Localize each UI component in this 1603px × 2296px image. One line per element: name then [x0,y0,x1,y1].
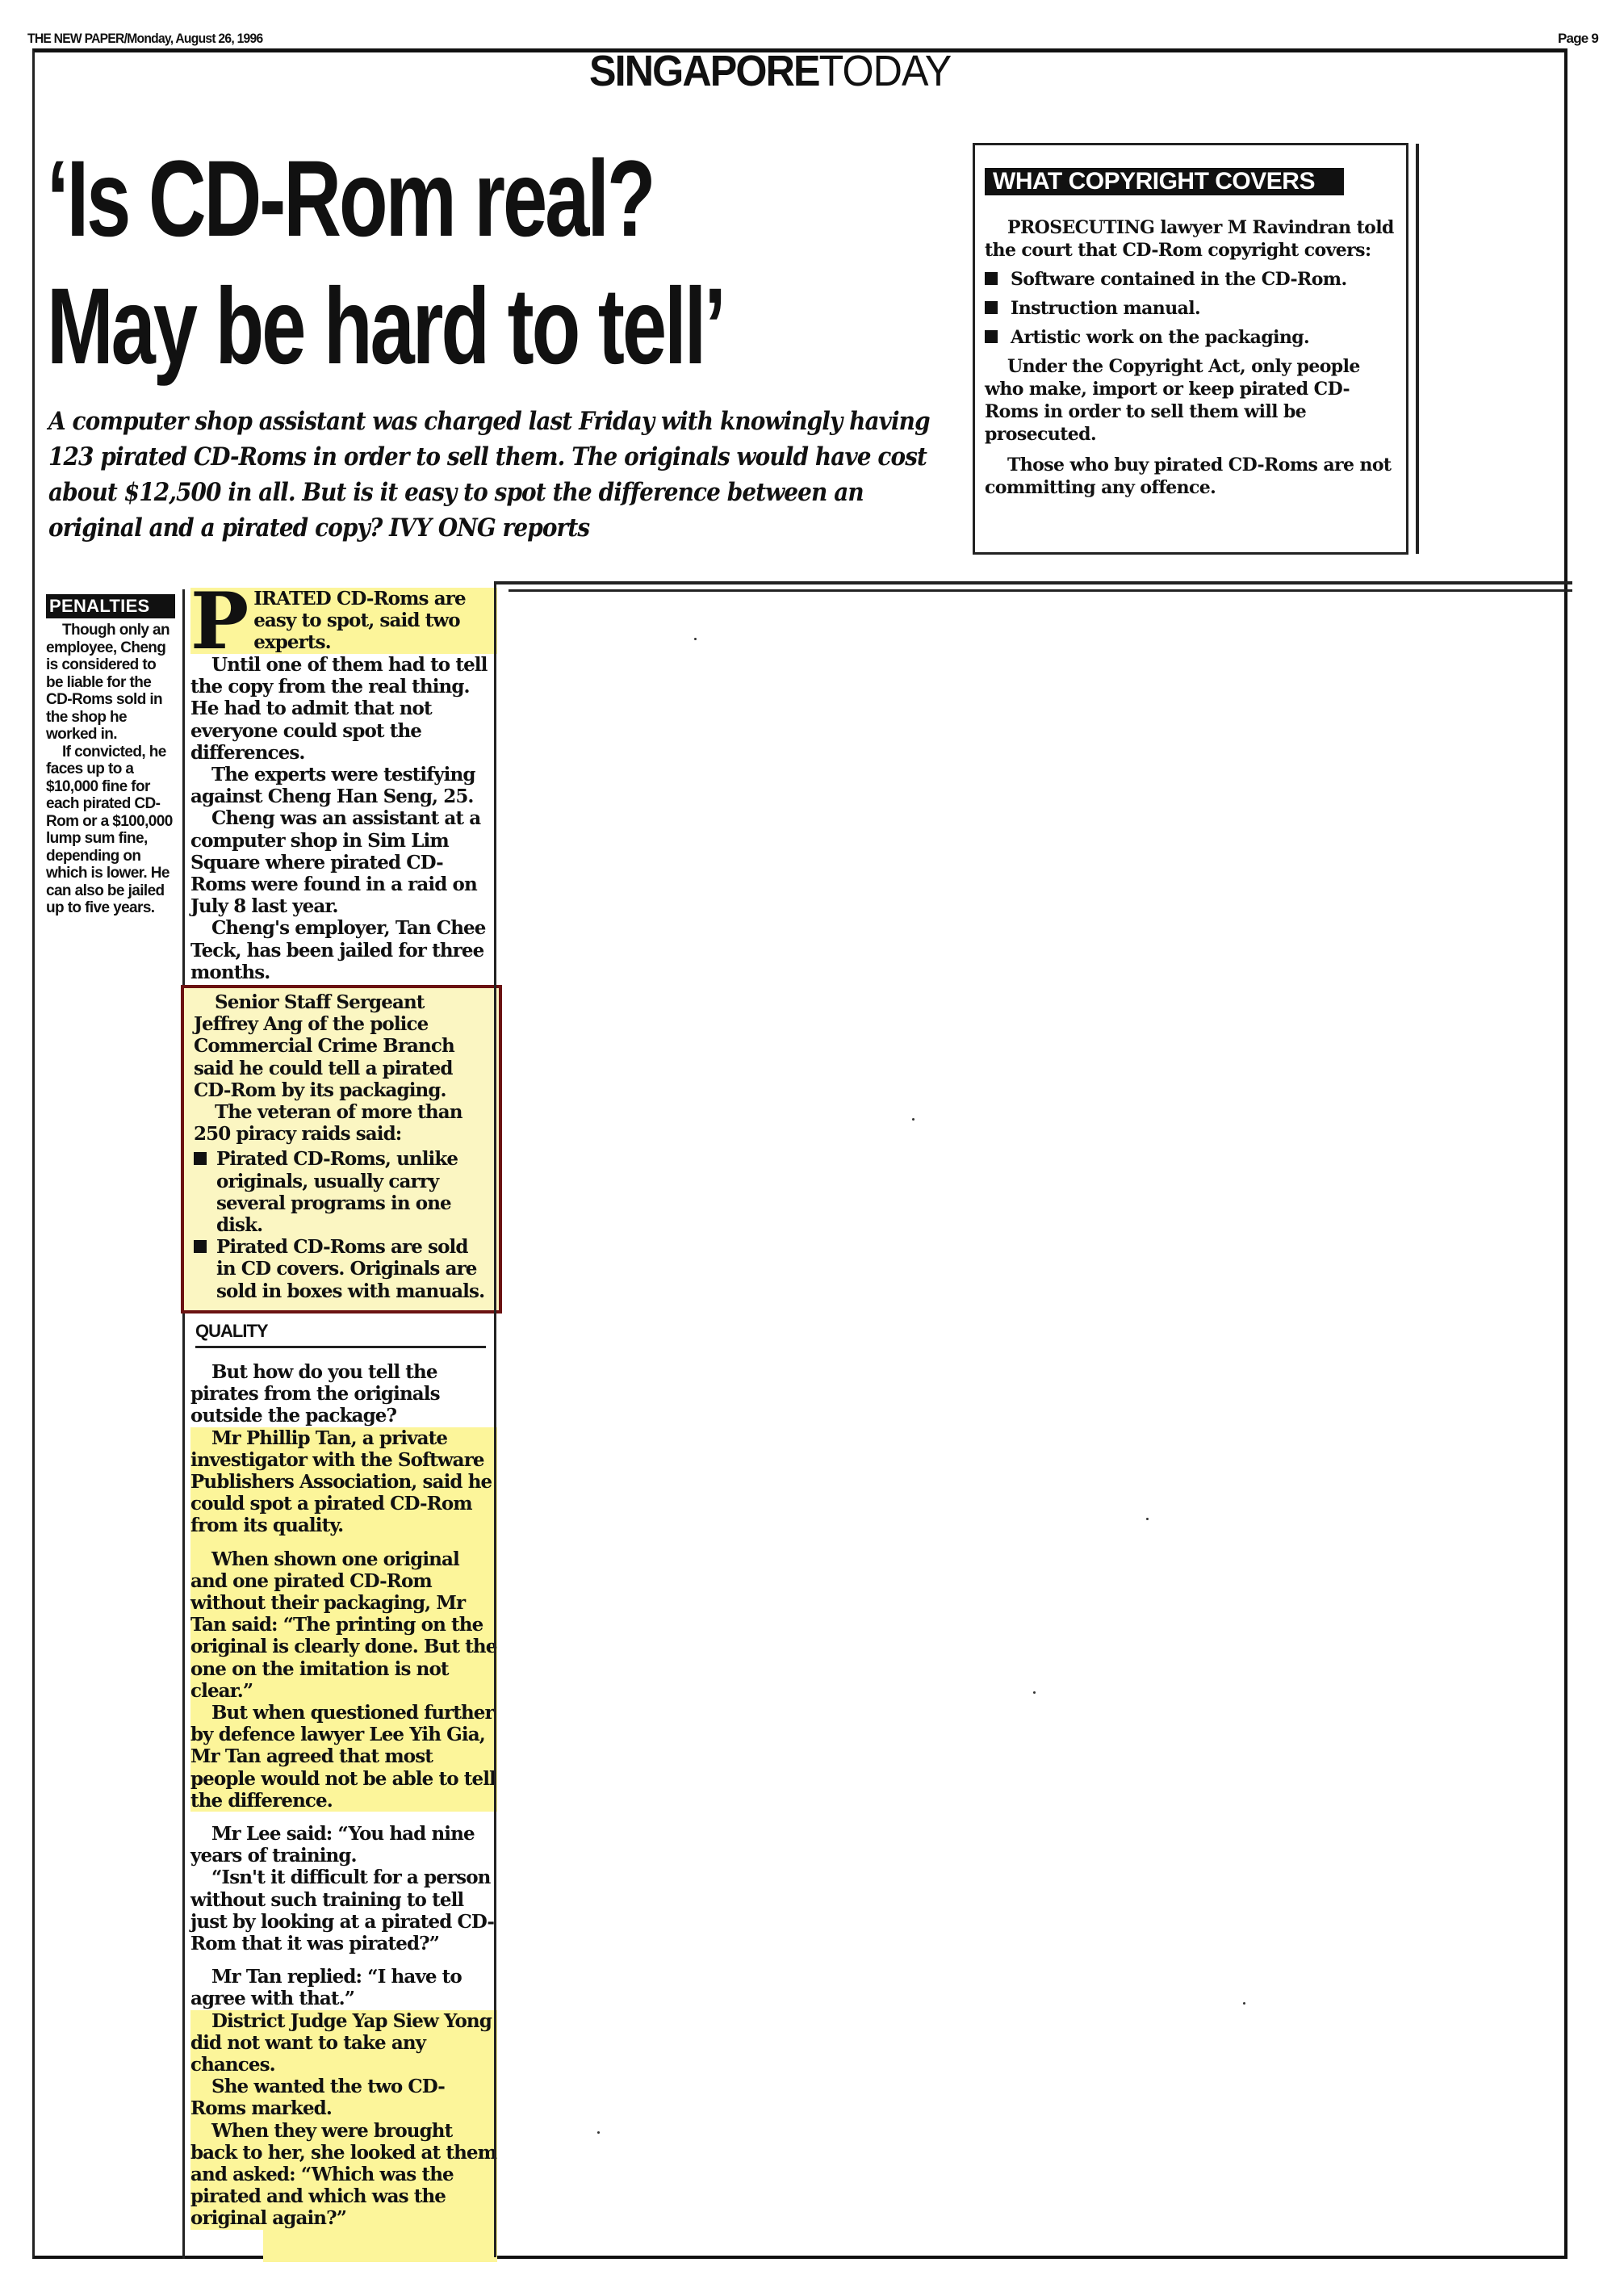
scan-speck [912,1118,915,1121]
section-title-bold: SINGAPORE [589,47,819,95]
scan-speck [694,638,697,640]
article-paragraph: The experts were testifying against Chen… [190,764,497,807]
copyright-bullet: Instruction manual. [985,297,1396,320]
copyright-box-label: WHAT COPYRIGHT COVERS [985,168,1344,195]
penalties-para-1: Though only an employee, Cheng is consid… [46,622,175,744]
article-lead: P IRATED CD-Roms are easy to spot, said … [190,588,497,654]
article-paragraph: District Judge Yap Siew Yong did not wan… [190,2010,497,2076]
square-bullet-icon [985,272,998,285]
article-paragraph: When shown one original and one pirated … [190,1548,497,1702]
copyright-para-1: Under the Copyright Act, only people who… [985,355,1396,446]
penalties-sidebar: PENALTIES Though only an employee, Cheng… [46,594,175,917]
article-paragraph: Mr Lee said: “You had nine years of trai… [190,1823,497,1867]
square-bullet-icon [985,330,998,343]
boxed-paragraph-1: Senior Staff Sergeant Jeffrey Ang of the… [194,991,492,1101]
blank-content-region [494,583,1572,2257]
page-number: Page 9 [1558,31,1598,47]
article-paragraph: “Isn't it difficult for a person without… [190,1867,497,1955]
sidebar-rule [1416,144,1419,554]
penalties-para-2: If convicted, he faces up to a $10,000 f… [46,744,175,917]
copyright-para-2: Those who buy pirated CD-Roms are not co… [985,454,1396,499]
headline-line-2: May be hard to tell’ [47,263,724,391]
subhead-quality: QUALITY [195,1320,486,1348]
article-paragraph: But when questioned further by defence l… [190,1702,497,1812]
article-paragraph: Cheng's employer, Tan Chee Teck, has bee… [190,917,497,983]
copyright-sidebar: WHAT COPYRIGHT COVERS PROSECUTING lawyer… [973,143,1408,555]
deck: A computer shop assistant was charged la… [48,404,961,546]
column-rule [182,589,185,2259]
scan-speck [1146,1518,1149,1520]
copyright-bullet: Software contained in the CD-Rom. [985,268,1396,291]
scan-speck [1033,1691,1036,1694]
drop-cap: P [190,589,249,654]
boxed-bullet: Pirated CD-Roms, unlike originals, usual… [194,1148,492,1236]
scan-speck [1243,2002,1245,2005]
article-paragraph: Mr Tan replied: “I have to agree with th… [190,1966,497,2009]
article-paragraph: Mr Phillip Tan, a private investigator w… [190,1427,497,1537]
boxed-bullet: Pirated CD-Roms are sold in CD covers. O… [194,1236,492,1302]
highlighted-boxed-section: Senior Staff Sergeant Jeffrey Ang of the… [181,985,502,1313]
copyright-bullet: Artistic work on the packaging. [985,326,1396,349]
square-bullet-icon [194,1152,207,1165]
article-paragraph: She wanted the two CD-Roms marked. [190,2076,497,2119]
boxed-paragraph-2: The veteran of more than 250 piracy raid… [194,1101,492,1145]
article-body: P IRATED CD-Roms are easy to spot, said … [190,588,497,2262]
headline: ‘Is CD-Rom real? May be hard to tell’ [47,136,724,391]
section-title-light: TODAY [819,47,952,95]
publication-date-line: THE NEW PAPER/Monday, August 26, 1996 [27,31,262,47]
article-paragraph: When they were brought back to her, she … [190,2120,497,2230]
square-bullet-icon [985,301,998,314]
headline-line-1: ‘Is CD-Rom real? [47,136,724,263]
scan-speck [597,2131,600,2134]
section-title: SINGAPORETODAY [589,47,951,95]
article-paragraph: But how do you tell the pirates from the… [190,1361,497,1427]
article-paragraph: Until one of them had to tell the copy f… [190,654,497,764]
square-bullet-icon [194,1240,207,1253]
penalties-label: PENALTIES [46,594,175,618]
article-paragraph: Cheng was an assistant at a computer sho… [190,807,497,917]
copyright-intro: PROSECUTING lawyer M Ravindran told the … [985,216,1396,262]
